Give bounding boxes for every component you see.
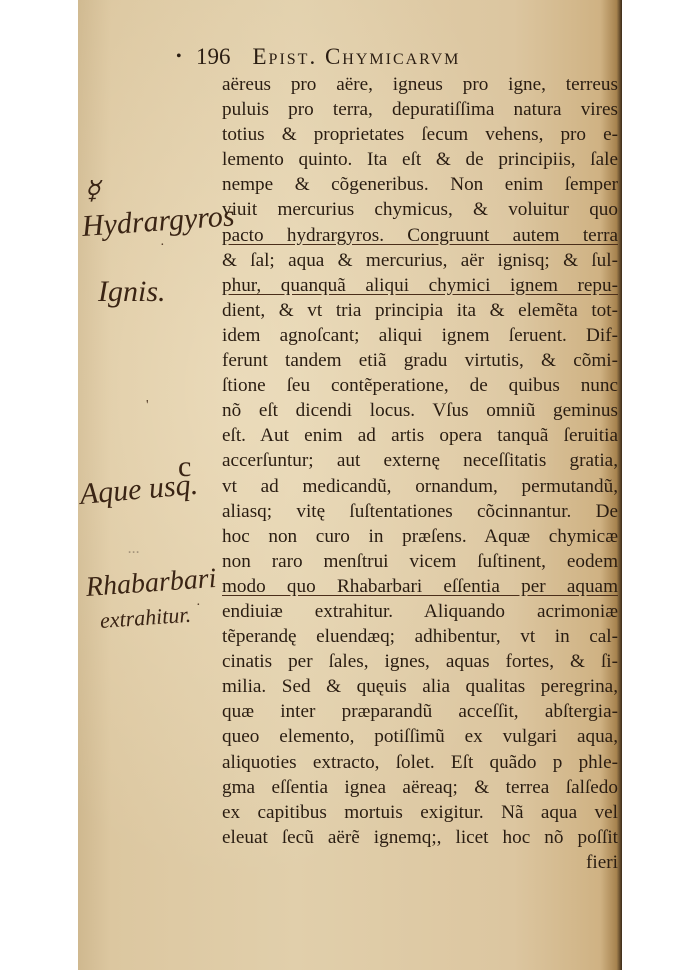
text-line-underlined: pacto hydrargyros. Congruunt autem terra	[222, 223, 618, 248]
text-line: queo elemento, potiſſimũ ex vulgari aqua…	[222, 724, 618, 749]
running-title: Epist. Chymicarvm	[253, 44, 461, 70]
text-line: aëreus pro aëre, igneus pro igne, terreu…	[222, 72, 618, 97]
text-line: nõ eſt dicendi locus. Vſus omniũ geminus	[222, 398, 618, 423]
marginal-mercury-symbol: ☿	[84, 176, 100, 206]
text-line: ſtione ſeu contẽperatione, de quibus nun…	[222, 373, 618, 398]
marginal-faded-note: ...	[128, 540, 140, 558]
text-line: viuit mercurius chymicus, & voluitur quo	[222, 197, 618, 222]
text-line: non raro menſtrui vicem ſuſtinent, eodem	[222, 549, 618, 574]
text-line: aliasq; vitę ſuſtentationes cõcinnantur.…	[222, 499, 618, 524]
text-line: lemento quinto. Ita eſt & de principiis,…	[222, 147, 618, 172]
text-line: milia. Sed & quęuis alia qualitas peregr…	[222, 674, 618, 699]
running-header: • 196 Epist. Chymicarvm	[196, 44, 596, 72]
margin-dot-mark: ·	[160, 238, 165, 254]
text-line: dient, & vt tria principia ita & elemẽta…	[222, 298, 618, 323]
text-line: & ſal; aqua & mercurius, aër ignisq; & ſ…	[222, 248, 618, 273]
text-line: hoc non curo in præſens. Aquæ chymicæ	[222, 524, 618, 549]
text-line: tẽperandę eluendæq; adhibentur, vt in ca…	[222, 624, 618, 649]
text-line: puluis pro terra, depuratiſſima natura v…	[222, 97, 618, 122]
text-line-underlined: modo quo Rhabarbari eſſentia per aquam	[222, 574, 618, 599]
body-text: aëreus pro aëre, igneus pro igne, terreu…	[222, 72, 618, 875]
text-line: totius & proprietates ſecum vehens, pro …	[222, 122, 618, 147]
text-line: quæ inter præparandũ acceſſit, abſtergia…	[222, 699, 618, 724]
catchword: fieri	[222, 850, 618, 875]
text-line: idem agnoſcant; aliqui ignem ſeruent. Di…	[222, 323, 618, 348]
text-line: gma eſſentia ignea aëreaq; & terrea ſalſ…	[222, 775, 618, 800]
text-line: aliquoties extracto, ſolet. Eſt quãdo p …	[222, 750, 618, 775]
text-line: nempe & cõgeneribus. Non enim ſemper	[222, 172, 618, 197]
marginal-note-ignis: Ignis.	[98, 275, 166, 309]
text-line: ferunt tandem etiã gradu virtutis, & cõm…	[222, 348, 618, 373]
margin-dot-mark: ·	[196, 598, 201, 614]
margin-tick-mark: '	[146, 398, 149, 414]
text-line-underlined: phur, quanquã aliqui chymici ignem repu-	[222, 273, 618, 298]
text-line: ex capitibus mortuis exigitur. Nã aqua v…	[222, 800, 618, 825]
page-number: 196	[196, 44, 231, 70]
text-line: endiuiæ extrahitur. Aliquando acrimoniæ	[222, 599, 618, 624]
text-line: accerſuntur; aut externę neceſſitatis gr…	[222, 448, 618, 473]
text-line: eleuat ſecũ aërẽ ignemq;, licet hoc nõ p…	[222, 825, 618, 850]
text-line: cinatis per ſales, ignes, aquas fortes, …	[222, 649, 618, 674]
header-dot-mark: •	[176, 48, 182, 66]
text-line: vt ad medicandũ, ornandum, permutandũ,	[222, 474, 618, 499]
text-line: eſt. Aut enim ad artis opera tanquã ſeru…	[222, 423, 618, 448]
